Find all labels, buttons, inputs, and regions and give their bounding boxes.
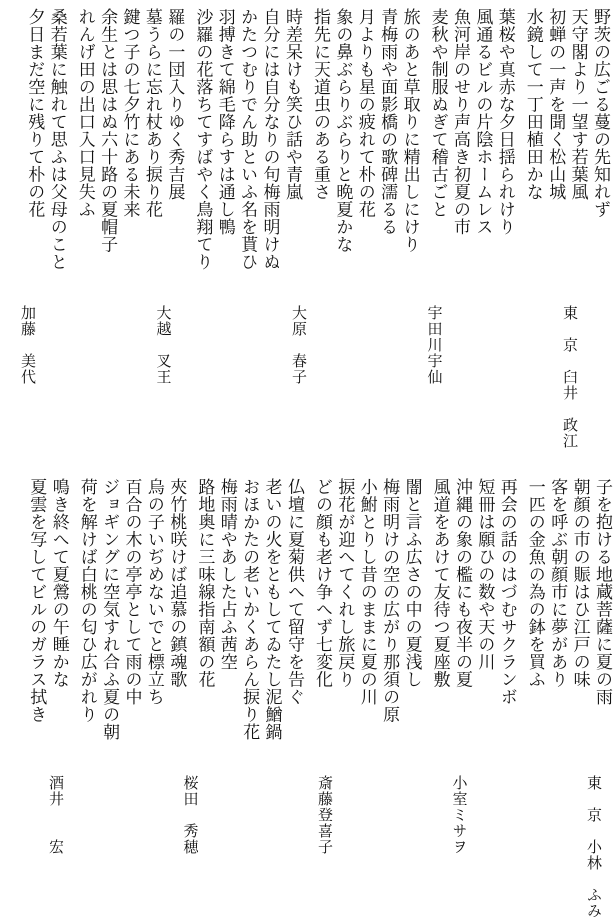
poem-column: 捩花が迎へてくれし旅戻り (333, 478, 355, 818)
poem-column: 野茨の広ごる蔓の先知れず (589, 8, 611, 348)
author-column: 宇田川宇仙 (397, 305, 533, 470)
poem-column: 風道をあけて友待つ夏座敷 (428, 478, 450, 818)
poem-column: 夏雲を写してビルのガラス拭き (25, 478, 47, 818)
poem-column: 麦秋や制服ぬぎて稽古ごと (426, 8, 448, 348)
author-column: 小室ミサヲ (423, 775, 558, 917)
poem-column: 老いの火をともしてゐたし泥鰌鍋 (260, 478, 282, 818)
poem-column: 沙羅の花落ちてすばやく鳥翔てり (191, 8, 213, 348)
author-column: 斎藤登喜子 (289, 775, 424, 917)
poem-column: 夕日まだ空に残りて朴の花 (23, 8, 45, 348)
poem-column: 天守閣より一望す若葉風 (566, 8, 588, 348)
poem-column: 路地奥に三味線指南額の花 (193, 478, 215, 818)
poem-column: 自分には自分なりの句梅雨明けぬ (258, 8, 280, 348)
author-column: 桜田 秀穂 (154, 775, 289, 917)
author-name: 小林 ふみ (585, 839, 601, 917)
poem-column: 荷を解けば白桃の匂ひ広がれり (75, 478, 97, 818)
authors-block-upper: 東 京 臼井 政江宇田川宇仙大原 春子大越 叉王加藤 美代菊池 敏子恵風庵越水小… (0, 305, 604, 470)
poem-column: 青梅雨や面影橋の歌碑濡るる (376, 8, 398, 348)
poem-column: 烏の子いぢめないでと標立ち (143, 478, 165, 818)
poem-column: 風通るビルの片陰ホームレス (471, 8, 493, 348)
poem-column: おほかたの老いかくあらん捩り花 (238, 478, 260, 818)
poem-column: れんげ田の出口入口見失ふ (73, 8, 95, 348)
poem-column: 水鏡して一丁田植田かな (521, 8, 543, 348)
poem-column: 鳴き終へて夏鶯の午睡かな (47, 478, 69, 818)
poem-column: 梅雨明けの空の広がり那須の原 (378, 478, 400, 818)
author-name: 大原 春子 (290, 305, 306, 385)
poem-column: 鍵つ子の七夕竹にある未来 (118, 8, 140, 348)
poem-column: 仏壇に夏菊供へて留守を告ぐ (283, 478, 305, 818)
author-name: 臼井 政江 (561, 369, 577, 449)
poem-column: 一匹の金魚の為の鉢を買ふ (523, 478, 545, 818)
author-column: 酒井 宏 (20, 775, 155, 917)
haiku-anthology-page: 野茨の広ごる蔓の先知れず天守閣より一望す若葉風初蝉の一声を聞く松山城水鏡して一丁… (0, 0, 616, 917)
poem-column: 時差呆けも笑ひ話や青嵐 (281, 8, 303, 348)
poem-column: 月よりも星の疲れて朴の花 (353, 8, 375, 348)
poem-column: 象の鼻ぶらりぶらりと晩夏かな (331, 8, 353, 348)
poem-column: 再会の話のはづむサクランボ (495, 478, 517, 818)
poem-column: 余生とは思はぬ六十路の夏帽子 (96, 8, 118, 348)
author-column: 東 京 小林 ふみ (558, 775, 616, 917)
poem-column: 沖縄の象の檻にも夜半の夏 (451, 478, 473, 818)
region-label: 東 京 (561, 305, 577, 353)
poem-column: 羅の一団入りゆく秀吉展 (163, 8, 185, 348)
poem-column: どの顔も老け争へず七変化 (311, 478, 333, 818)
poem-column: 魚河岸のせり声高き初夏の市 (449, 8, 471, 348)
author-name: 加藤 美代 (19, 305, 35, 385)
author-name: 小室ミサヲ (451, 775, 467, 855)
author-name: 大越 叉王 (155, 305, 171, 385)
poem-column: 羽搏きて綿毛降らすは通し鴨 (213, 8, 235, 348)
authors-block-lower: 東 京 小林 ふみ小室ミサヲ斎藤登喜子桜田 秀穂酒井 宏貞広 春枝神藤 静子菅井… (0, 775, 616, 917)
author-column: 加藤 美代 (0, 305, 126, 470)
author-name: 宇田川宇仙 (426, 305, 442, 385)
poems-section-upper: 野茨の広ごる蔓の先知れず天守閣より一望す若葉風初蝉の一声を聞く松山城水鏡して一丁… (23, 8, 611, 348)
poem-column: 指先に天道虫のある重さ (309, 8, 331, 348)
poem-column: 初蝉の一声を聞く松山城 (544, 8, 566, 348)
poem-column: かたつむりでん助といふ名を貰ひ (236, 8, 258, 348)
poem-column: 葉桜や真赤な夕日揺られけり (493, 8, 515, 348)
poems-section-lower: 子を抱ける地蔵菩薩に夏の雨朝顔の市の賑はひ江戸の味客を呼ぶ朝顔市に夢があり一匹の… (25, 478, 613, 818)
poem-column: 朝顔の市の賑はひ江戸の味 (568, 478, 590, 818)
poem-column: 百合の木の亭亭として雨の中 (120, 478, 142, 818)
poem-column: 闇と言ふ広さの中の夏浅し (400, 478, 422, 818)
poem-column: 子を抱ける地蔵菩薩に夏の雨 (591, 478, 613, 818)
poem-column: 梅雨晴やあした占ふ茜空 (215, 478, 237, 818)
author-name: 斎藤登喜子 (316, 775, 332, 855)
poem-column: 小鮒とりし昔のままに夏の川 (355, 478, 377, 818)
poem-column: 旅のあと草取りに精出しにけり (398, 8, 420, 348)
author-column: 大原 春子 (262, 305, 398, 470)
poem-column: 客を呼ぶ朝顔市に夢があり (546, 478, 568, 818)
poem-column: 夾竹桃咲けば追慕の鎮魂歌 (165, 478, 187, 818)
author-column: 東 京 臼井 政江 (533, 305, 605, 470)
poem-column: ジョギングに空気すれ合ふ夏の朝 (98, 478, 120, 818)
author-name: 酒井 宏 (47, 775, 63, 855)
author-column: 大越 叉王 (126, 305, 262, 470)
poem-column: 墓うらに忘れ杖あり捩り花 (141, 8, 163, 348)
author-name: 桜田 秀穂 (182, 775, 198, 855)
poem-column: 桑若葉に触れて思ふは父母のこと (45, 8, 67, 348)
poem-column: 短冊は願ひの数や天の川 (473, 478, 495, 818)
region-label: 東 京 (585, 775, 601, 823)
author-column: 貞広 春枝 (0, 775, 20, 917)
